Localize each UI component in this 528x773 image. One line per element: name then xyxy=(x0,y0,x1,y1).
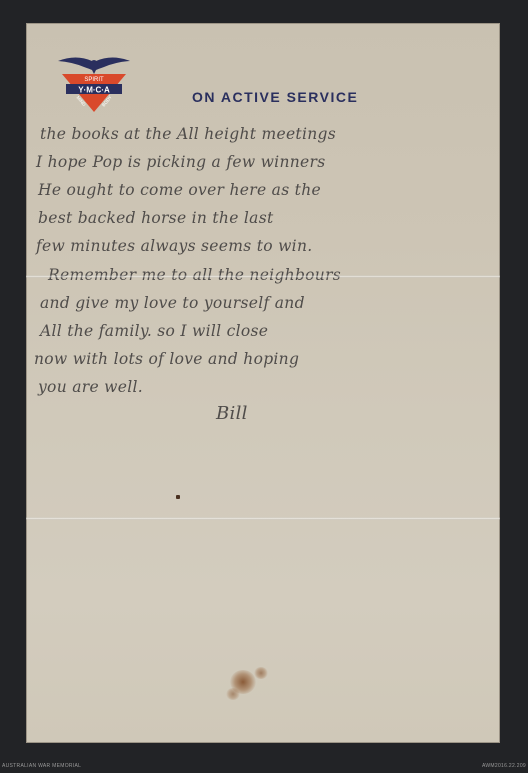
signature: Bill xyxy=(216,403,248,424)
handwritten-line: you are well. xyxy=(38,378,143,396)
svg-text:Y·M·C·A: Y·M·C·A xyxy=(78,86,110,95)
ink-spot xyxy=(176,495,180,499)
fold-crease xyxy=(26,517,500,520)
handwritten-line: the books at the All height meetings xyxy=(40,125,336,143)
handwritten-line: All the family. so I will close xyxy=(40,322,268,340)
handwritten-line: and give my love to yourself and xyxy=(40,294,305,312)
footer-credit: AUSTRALIAN WAR MEMORIAL xyxy=(2,763,81,769)
handwritten-line: now with lots of love and hoping xyxy=(34,350,299,368)
handwritten-line: few minutes always seems to win. xyxy=(36,237,312,255)
letter-page: SPIRIT Y·M·C·A MIND BODY ON ACTIVE SERVI… xyxy=(26,23,500,743)
stain xyxy=(226,688,240,700)
ymca-logo-icon: SPIRIT Y·M·C·A MIND BODY xyxy=(56,52,132,114)
footer-accession-number: AWM2016.22.209 xyxy=(482,763,526,769)
handwritten-line: He ought to come over here as the xyxy=(38,181,321,199)
stain xyxy=(254,667,268,679)
handwritten-line: I hope Pop is picking a few winners xyxy=(36,153,325,171)
fold-crease xyxy=(26,275,500,278)
letterhead-heading: ON ACTIVE SERVICE xyxy=(192,89,358,105)
svg-text:SPIRIT: SPIRIT xyxy=(84,77,104,83)
handwritten-line: best backed horse in the last xyxy=(38,209,274,227)
